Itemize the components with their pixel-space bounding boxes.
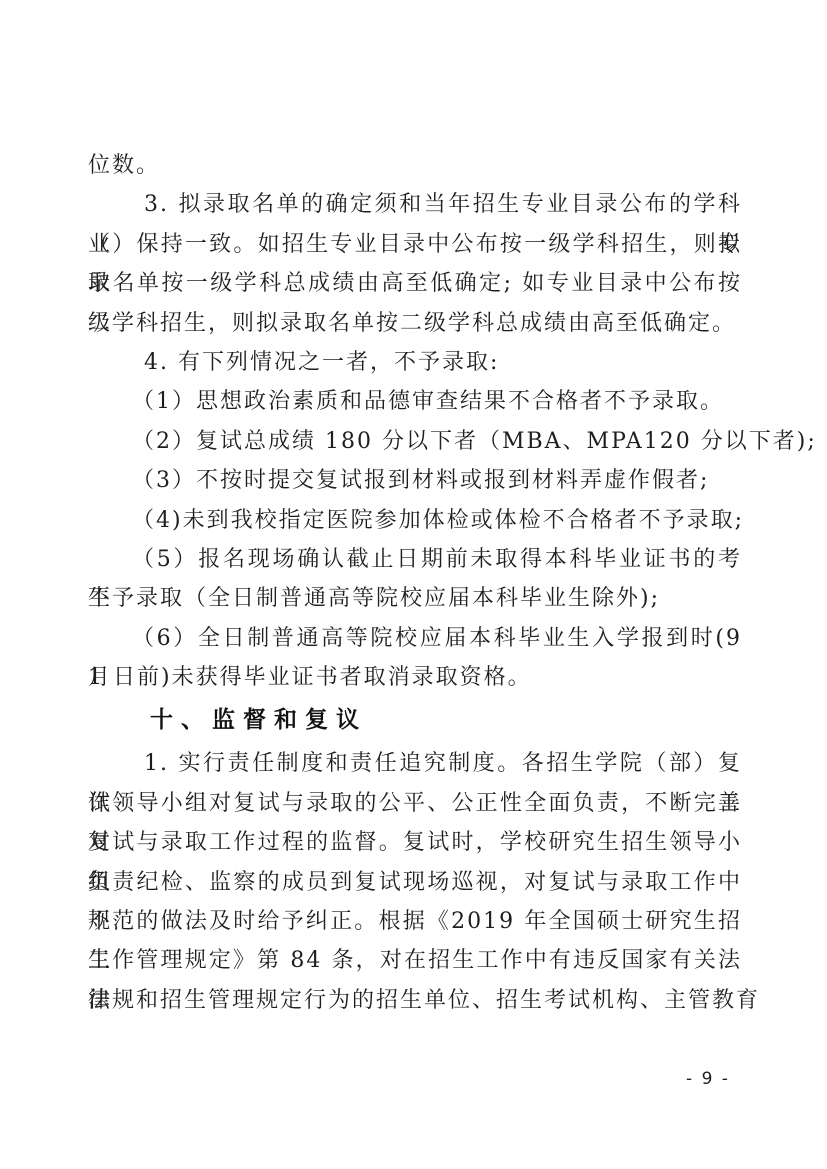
text-line: 不予录取（全日制普通高等院校应届本科毕业生除外); — [88, 579, 742, 618]
text-line: 业）保持一致。如招生专业目录中公布按一级学科招生，则拟录 — [88, 225, 742, 264]
text-line: 工作管理规定》第 84 条，对在招生工作中有违反国家有关法律 — [88, 941, 742, 980]
text-line: 法规和招生管理规定行为的招生单位、招生考试机构、主管教育 — [88, 981, 742, 1020]
document-page: 位数。 3. 拟录取名单的确定须和当年招生专业目录公布的学科（专 业）保持一致。… — [0, 0, 827, 1169]
text-line: 作领导小组对复试与录取的公平、公正性全面负责，不断完善对 — [88, 784, 742, 823]
text-line: 3. 拟录取名单的确定须和当年招生专业目录公布的学科（专 — [88, 185, 742, 224]
text-line: 复试与录取工作过程的监督。复试时，学校研究生招生领导小组 — [88, 823, 742, 862]
text-line: 规范的做法及时给予纠正。根据《2019 年全国硕士研究生招生 — [88, 902, 742, 941]
list-item-line: （4)未到我校指定医院参加体检或体检不合格者不予录取; — [88, 501, 742, 540]
text-line: 位数。 — [88, 146, 742, 185]
list-item-line: （1）思想政治素质和品德审查结果不合格者不予录取。 — [88, 382, 742, 421]
section-heading: 十、监督和复议 — [88, 697, 742, 744]
list-item-line: （5）报名现场确认截止日期前未取得本科毕业证书的考生 — [88, 540, 742, 579]
page-number: - 9 - — [668, 1068, 748, 1090]
list-item-line: （6）全日制普通高等院校应届本科毕业生入学报到时(9 月 — [88, 619, 742, 658]
text-line: 级学科招生，则拟录取名单按二级学科总成绩由高至低确定。 — [88, 304, 742, 343]
text-line: 负责纪检、监察的成员到复试现场巡视，对复试与录取工作中不 — [88, 863, 742, 902]
document-text-block: 位数。 3. 拟录取名单的确定须和当年招生专业目录公布的学科（专 业）保持一致。… — [88, 146, 742, 1020]
list-item-line: （2）复试总成绩 180 分以下者（MBA、MPA120 分以下者); — [88, 422, 742, 461]
text-line: 1 日前)未获得毕业证书者取消录取资格。 — [88, 658, 742, 697]
text-line: 1. 实行责任制度和责任追究制度。各招生学院（部）复试工 — [88, 744, 742, 783]
text-line: 取名单按一级学科总成绩由高至低确定; 如专业目录中公布按二 — [88, 264, 742, 303]
list-item-line: （3）不按时提交复试报到材料或报到材料弄虚作假者; — [88, 461, 742, 500]
text-line: 4. 有下列情况之一者，不予录取: — [88, 343, 742, 382]
